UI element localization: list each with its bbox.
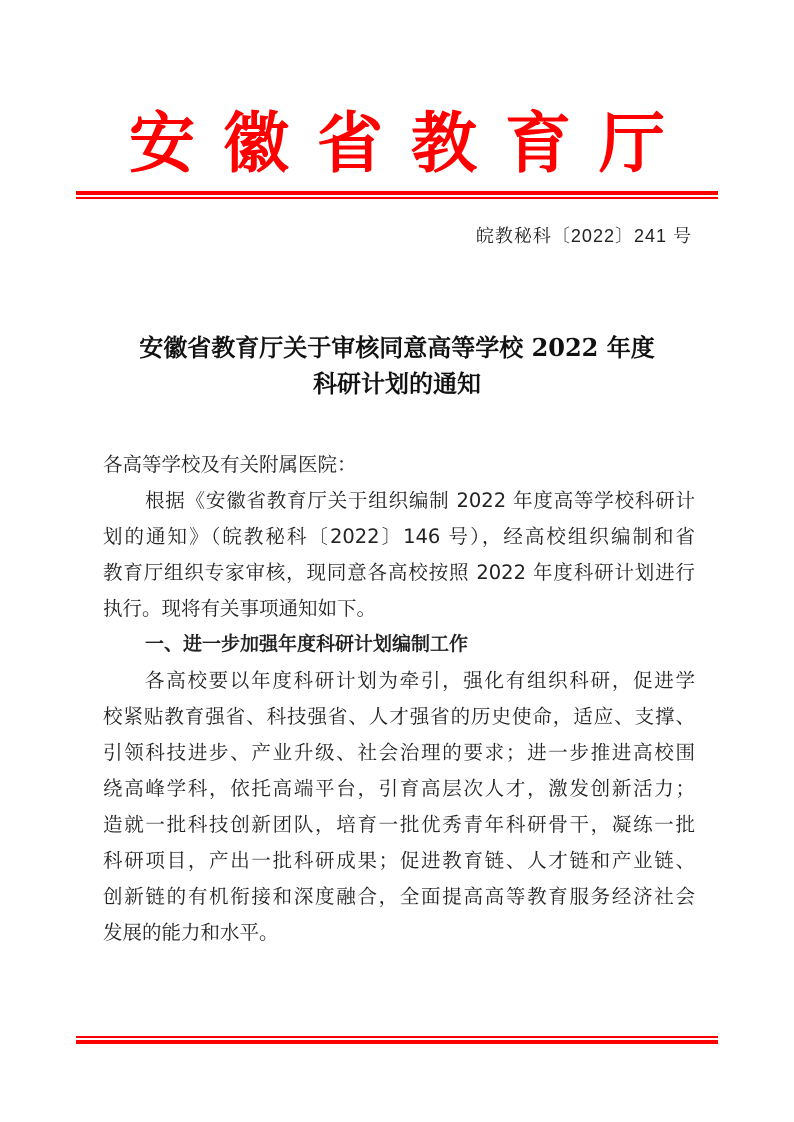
paragraph-line: 各高校要以年度科研计划为牵引，强化有组织科研，促进学: [103, 663, 695, 699]
salutation: 各高等学校及有关附属医院：: [103, 447, 695, 483]
paragraph-line: 根据《安徽省教育厅关于组织编制 2022 年度高等学校科研计: [103, 483, 695, 519]
header-red-rule-thin: [76, 197, 718, 199]
document-page: 安 徽 省 教 育 厅 皖教秘科〔2022〕241 号 安徽省教育厅关于审核同意…: [0, 0, 794, 1122]
paragraph-line: 教育厅组织专家审核，现同意各高校按照 2022 年度科研计划进行: [103, 555, 695, 591]
paragraph-line: 执行。现将有关事项通知如下。: [103, 591, 695, 627]
masthead-title: 安 徽 省 教 育 厅: [127, 103, 667, 183]
document-title: 安徽省教育厅关于审核同意高等学校 2022 年度 科研计划的通知: [90, 330, 704, 402]
masthead-char: 教: [409, 103, 479, 183]
header-red-rule-thick: [76, 191, 718, 195]
paragraph-line: 发展的能力和水平。: [103, 915, 695, 951]
document-body: 各高等学校及有关附属医院： 根据《安徽省教育厅关于组织编制 2022 年度高等学…: [103, 447, 695, 951]
masthead: 安 徽 省 教 育 厅: [76, 100, 718, 186]
footer-red-rule-thick: [76, 1040, 718, 1044]
masthead-char: 安: [127, 103, 197, 183]
paragraph-line: 科研项目，产出一批科研成果；促进教育链、人才链和产业链、: [103, 843, 695, 879]
document-number: 皖教秘科〔2022〕241 号: [476, 222, 692, 248]
title-line: 科研计划的通知: [90, 366, 704, 402]
paragraph-line: 划的通知》（皖教秘科〔2022〕146 号），经高校组织编制和省: [103, 519, 695, 555]
masthead-char: 徽: [221, 103, 291, 183]
title-line: 安徽省教育厅关于审核同意高等学校 2022 年度: [90, 330, 704, 366]
paragraph-line: 创新链的有机衔接和深度融合，全面提高高等教育服务经济社会: [103, 879, 695, 915]
paragraph-line: 引领科技进步、产业升级、社会治理的要求；进一步推进高校围: [103, 735, 695, 771]
masthead-char: 厅: [597, 103, 667, 183]
masthead-char: 省: [315, 103, 385, 183]
masthead-char: 育: [503, 103, 573, 183]
paragraph-line: 绕高峰学科，依托高端平台，引育高层次人才，激发创新活力；: [103, 771, 695, 807]
paragraph-line: 校紧贴教育强省、科技强省、人才强省的历史使命，适应、支撑、: [103, 699, 695, 735]
footer-red-rule-thin: [76, 1036, 718, 1038]
section-heading: 一、进一步加强年度科研计划编制工作: [103, 627, 695, 663]
paragraph-line: 造就一批科技创新团队，培育一批优秀青年科研骨干，凝练一批: [103, 807, 695, 843]
